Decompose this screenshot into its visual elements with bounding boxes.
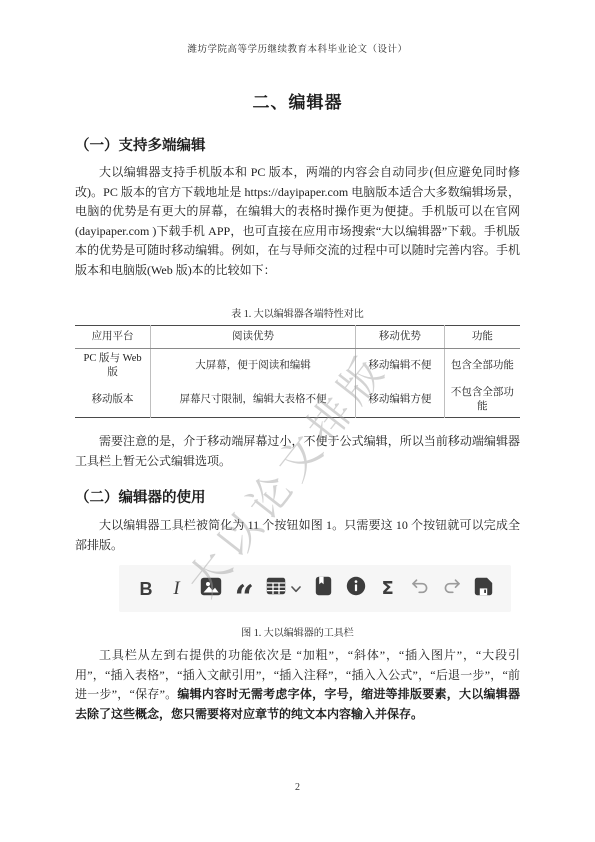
- formula-sigma-icon: Σ: [382, 580, 394, 598]
- table-cell: 移动版本: [75, 383, 151, 418]
- chevron-down-icon: [291, 580, 301, 598]
- page-title: 二、编辑器: [75, 88, 520, 113]
- table-cell: PC 版与 Web 版: [75, 349, 151, 384]
- blockquote-button[interactable]: “: [234, 576, 254, 602]
- bold-icon: B: [140, 580, 153, 598]
- italic-button[interactable]: I: [168, 576, 188, 602]
- section-heading-1: （一）支持多端编辑: [75, 134, 520, 155]
- page-number: 2: [0, 782, 595, 793]
- table-row: PC 版与 Web 版 大屏幕，便于阅读和编辑 移动编辑不便 包含全部功能: [75, 349, 520, 384]
- paragraph-toolbar-functions: 工具栏从左到右提供的功能依次是 “加粗”，“斜体”，“插入图片”，“大段引用”，…: [75, 646, 520, 724]
- insert-formula-button[interactable]: Σ: [378, 576, 398, 602]
- undo-button[interactable]: [410, 576, 430, 602]
- insert-image-button[interactable]: [200, 576, 222, 602]
- comparison-table: 应用平台 阅读优势 移动优势 功能 PC 版与 Web 版 大屏幕，便于阅读和编…: [75, 325, 520, 418]
- redo-button[interactable]: [442, 576, 462, 602]
- section-heading-2: （二）编辑器的使用: [75, 486, 520, 507]
- undo-icon: [410, 578, 430, 599]
- table-cell: 不包含全部功能: [444, 383, 520, 418]
- insert-table-icon: [266, 577, 286, 600]
- column-header-reading: 阅读优势: [151, 326, 356, 349]
- paragraph-toolbar-intro: 大以编辑器工具栏被简化为 11 个按钮如图 1。只需要这 10 个按钮就可以完成…: [75, 516, 520, 555]
- table-cell: 包含全部功能: [444, 349, 520, 384]
- table-header-row: 应用平台 阅读优势 移动优势 功能: [75, 326, 520, 349]
- table-caption: 表 1. 大以编辑器各端特性对比: [75, 305, 520, 320]
- save-button[interactable]: [474, 576, 494, 602]
- column-header-platform: 应用平台: [75, 326, 151, 349]
- insert-table-button[interactable]: [266, 576, 301, 602]
- save-icon: [474, 577, 493, 601]
- column-header-features: 功能: [444, 326, 520, 349]
- table-cell: 移动编辑不便: [355, 349, 444, 384]
- page-header-text: 潍坊学院高等学历继续教育本科毕业论文（设计）: [75, 0, 520, 55]
- figure-caption: 图 1. 大以编辑器的工具栏: [75, 624, 520, 639]
- paragraph-formula-note: 需要注意的是，介于移动端屏幕过小，不便于公式编辑，所以当前移动端编辑器工具栏上暂…: [75, 432, 520, 471]
- table-cell: 移动编辑方便: [355, 383, 444, 418]
- citation-book-icon: [315, 576, 332, 601]
- table-cell: 屏幕尺寸限制，编辑大表格不便: [151, 383, 356, 418]
- toolbar-figure: B I “: [119, 565, 511, 612]
- document-page: 潍坊学院高等学历继续教育本科毕业论文（设计） 二、编辑器 （一）支持多端编辑 大…: [0, 0, 595, 842]
- insert-annotation-button[interactable]: [346, 576, 366, 602]
- redo-icon: [442, 578, 462, 599]
- table-cell: 大屏幕，便于阅读和编辑: [151, 349, 356, 384]
- table-row: 移动版本 屏幕尺寸限制，编辑大表格不便 移动编辑方便 不包含全部功能: [75, 383, 520, 418]
- annotation-info-icon: [346, 576, 366, 601]
- italic-icon: I: [173, 579, 182, 598]
- bold-button[interactable]: B: [136, 576, 156, 602]
- paragraph-multidevice: 大以编辑器支持手机版本和 PC 版本，两端的内容会自动同步(但应避免同时修改)。…: [75, 163, 520, 280]
- insert-image-icon: [200, 577, 222, 601]
- column-header-mobility: 移动优势: [355, 326, 444, 349]
- insert-citation-button[interactable]: [313, 576, 333, 602]
